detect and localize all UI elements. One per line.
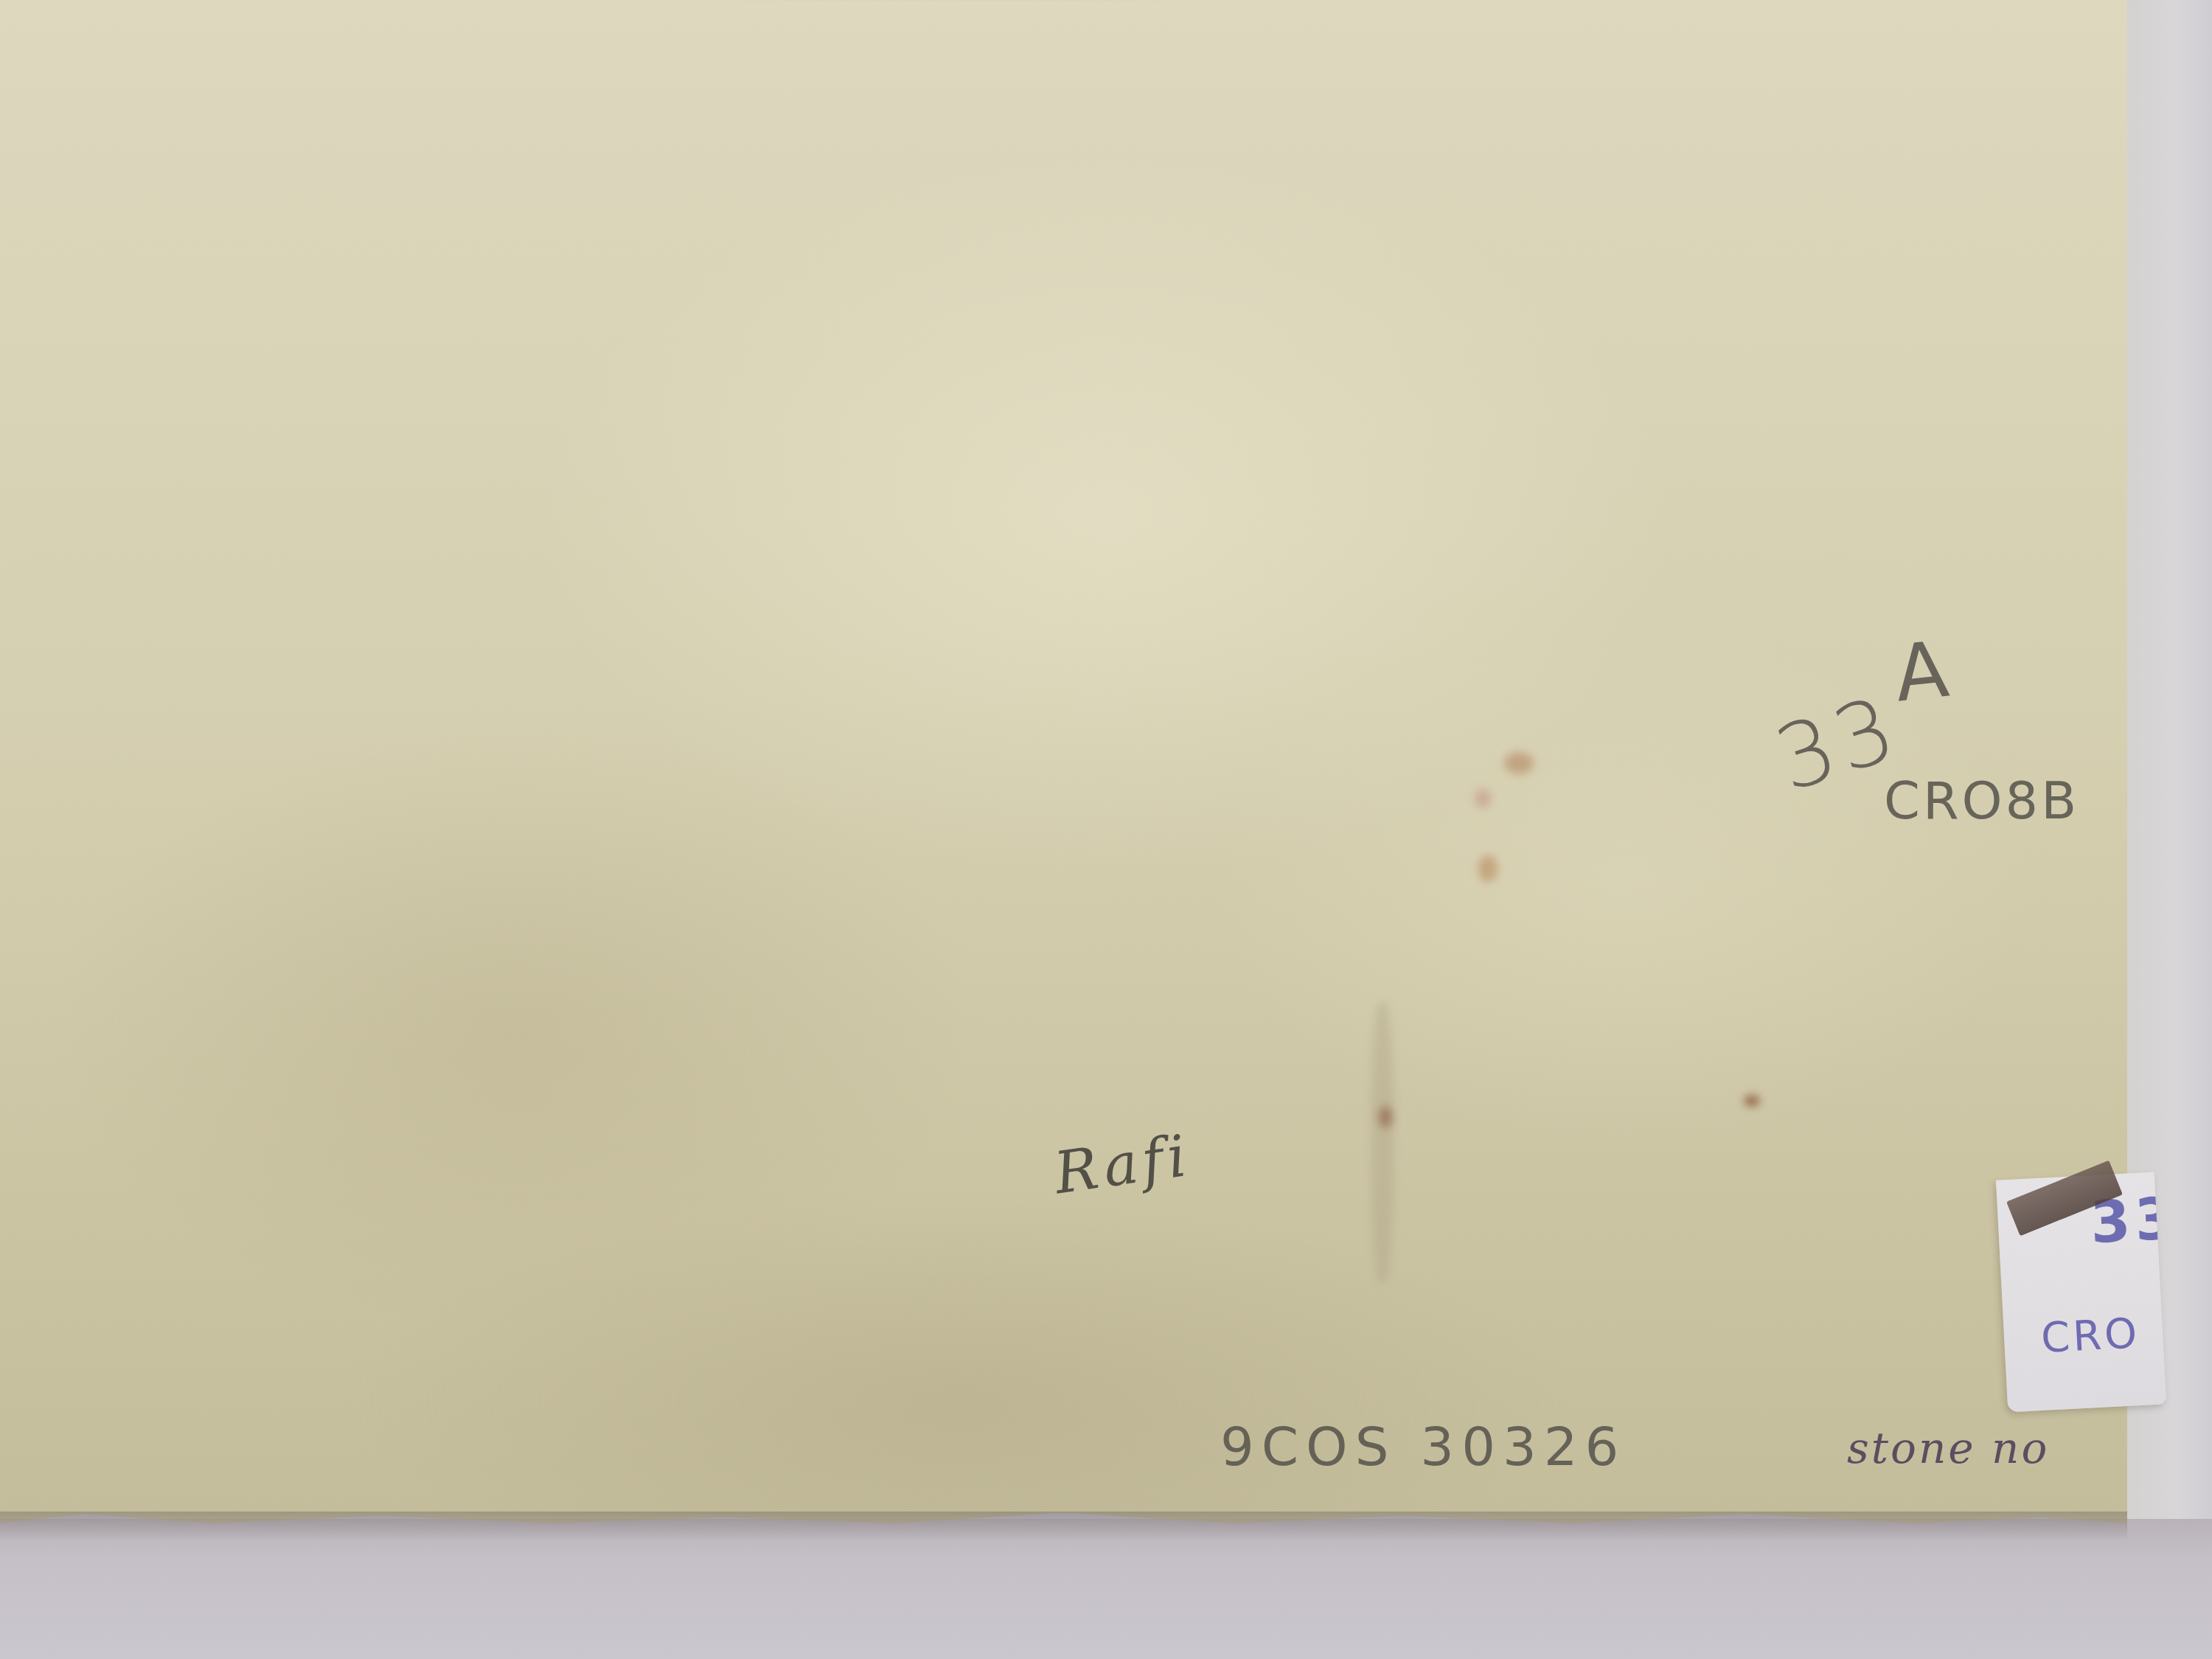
annotation-code: CRO8B: [1884, 771, 2079, 831]
annotation-catalog-number: 9COS 30326: [1220, 1416, 1626, 1478]
stain-spot: [1475, 789, 1491, 808]
tag-code: CRO: [2040, 1310, 2141, 1363]
paper-edge-shadow: [0, 1512, 2127, 1541]
stain-spot: [1744, 1095, 1760, 1107]
annotation-stone-note: stone no: [1847, 1423, 2049, 1473]
annotation-letter: A: [1891, 624, 1957, 719]
backdrop-right: [2124, 0, 2212, 1659]
stain-spot: [1478, 855, 1498, 882]
fold-crease: [1371, 1003, 1394, 1283]
photo-scene: 33 A CRO8B Rafi 9COS 30326 stone no 33 C…: [0, 0, 2212, 1659]
stain-spot: [1504, 752, 1534, 774]
